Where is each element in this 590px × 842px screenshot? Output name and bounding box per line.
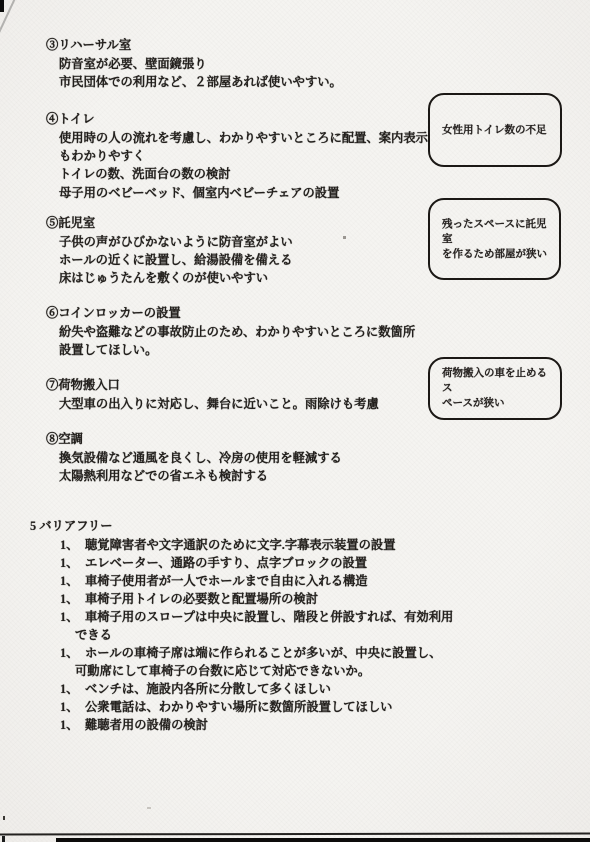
section-title: トイレ	[58, 112, 94, 126]
body-text-line: ホールの近くに設置し、給湯設備を備える	[59, 251, 466, 269]
list-item-text: 可動席にして車椅子の台数に応じて対応できないか。	[75, 662, 500, 680]
list-item-number: 1、	[60, 554, 78, 572]
section-number: ③	[46, 38, 58, 52]
body-text-line: 防音室が必要、壁面鏡張り	[59, 55, 466, 73]
list-item: 1、 難聴者用の設備の検討	[30, 716, 500, 734]
section-number: ⑧	[46, 432, 58, 446]
section-heading: ⑤託児室	[46, 214, 466, 233]
list-item-text: 車椅子用トイレの必要数と配置場所の検討	[85, 590, 500, 608]
section-title: 託児室	[58, 216, 95, 230]
list-item-number: 1、	[60, 608, 78, 626]
margin-note-nursery-space: 残ったスペースに託児室 を作るため部屋が狭い	[428, 198, 561, 280]
list-item: 1、 車椅子使用者が一人でホールまで自由に入れる構造	[30, 572, 500, 590]
section-number: ⑤	[46, 216, 58, 230]
section-title: 荷物搬入口	[58, 378, 120, 392]
list-item: 1、 公衆電話は、わかりやすい場所に数箇所設置してほしい	[30, 698, 500, 716]
list-item-number: 1、	[60, 716, 78, 734]
margin-note-toilet-shortage: 女性用トイレ数の不足	[428, 93, 562, 167]
margin-note-text: 女性用トイレ数の不足	[442, 123, 546, 138]
list-item-text: ホールの車椅子席は端に作られることが多いが、中央に設置し、	[85, 644, 500, 662]
scan-edge-bar	[56, 838, 590, 842]
section-heading: ⑦荷物搬入口	[46, 376, 466, 395]
section-heading: ③リハーサル室	[46, 36, 466, 55]
body-text-line: トイレの数、洗面台の数の検討	[59, 165, 466, 183]
list-item: 1、 車椅子用のスロープは中央に設置し、階段と併設すれば、有効利用 できる	[30, 608, 500, 644]
list-item: 1、 車椅子用トイレの必要数と配置場所の検討	[30, 590, 500, 608]
section-number: ⑥	[46, 306, 58, 320]
list-item: 1、 エレベーター、通路の手すり、点字ブロックの設置	[30, 554, 500, 572]
body-text-line: 設置してほしい。	[59, 341, 466, 359]
list-item: 1、 ベンチは、施設内各所に分散して多くほしい	[30, 680, 500, 698]
section-title: リハーサル室	[58, 38, 131, 52]
body-text-line: 換気設備など通風を良くし、冷房の使用を軽減する	[59, 449, 466, 467]
section-barrier-free: 5 バリアフリー 1、 聴覚障害者や文字通訳のために文字.字幕表示装置の設置 1…	[30, 516, 500, 734]
scan-artifact-speck	[147, 807, 151, 809]
list-item-number: 1、	[60, 536, 78, 554]
scan-artifact-corner	[0, 0, 4, 12]
margin-note-text: 荷物搬入の車を止めるス ペースが狭い	[442, 366, 552, 411]
list-item-text: 聴覚障害者や文字通訳のために文字.字幕表示装置の設置	[85, 536, 500, 554]
body-text-line: もわかりやすく	[59, 147, 466, 165]
list-item: 1、 ホールの車椅子席は端に作られることが多いが、中央に設置し、 可動席にして車…	[30, 644, 500, 680]
barrier-free-heading: 5 バリアフリー	[30, 516, 500, 536]
section-heading: ④トイレ	[46, 110, 466, 129]
margin-note-text: 残ったスペースに託児室 を作るため部屋が狭い	[442, 217, 551, 262]
list-item-number: 1、	[60, 572, 78, 590]
section-rehearsal-room: ③リハーサル室 防音室が必要、壁面鏡張り 市民団体での利用など、２部屋あれば使い…	[46, 36, 466, 91]
list-item-text: できる	[75, 626, 500, 644]
scan-artifact-tick	[2, 836, 5, 842]
section-coin-locker: ⑥コインロッカーの設置 紛失や盗難などの事故防止のため、わかりやすいところに数箇…	[46, 304, 466, 359]
list-item-text: 難聴者用の設備の検討	[85, 716, 500, 734]
section-loading-entrance: ⑦荷物搬入口 大型車の出入りに対応し、舞台に近いこと。雨除けも考慮	[46, 376, 466, 413]
body-text-line: 太陽熱利用などでの省エネも検討する	[59, 467, 466, 485]
list-item-text: ベンチは、施設内各所に分散して多くほしい	[85, 680, 500, 698]
list-item-number: 1、	[60, 644, 78, 662]
body-text-line: 紛失や盗難などの事故防止のため、わかりやすいところに数箇所	[59, 323, 466, 341]
body-text-line: 子供の声がひびかないように防音室がよい	[59, 233, 466, 251]
list-item-number: 1、	[60, 680, 78, 698]
section-heading: ⑥コインロッカーの設置	[46, 304, 466, 323]
section-toilet: ④トイレ 使用時の人の流れを考慮し、わかりやすいところに配置、案内表示 もわかり…	[46, 110, 466, 202]
section-nursery-room: ⑤託児室 子供の声がひびかないように防音室がよい ホールの近くに設置し、給湯設備…	[46, 214, 466, 288]
list-item-number: 1、	[60, 698, 78, 716]
section-title: コインロッカーの設置	[58, 306, 180, 320]
list-item: 1、 聴覚障害者や文字通訳のために文字.字幕表示装置の設置	[30, 536, 500, 554]
list-item-text: 車椅子使用者が一人でホールまで自由に入れる構造	[85, 572, 500, 590]
body-text-line: 大型車の出入りに対応し、舞台に近いこと。雨除けも考慮	[59, 395, 466, 413]
list-item-text: エレベーター、通路の手すり、点字ブロックの設置	[85, 554, 500, 572]
section-hvac: ⑧空調 換気設備など通風を良くし、冷房の使用を軽減する 太陽熱利用などでの省エネ…	[46, 430, 466, 485]
body-text-line: 市民団体での利用など、２部屋あれば使いやすい。	[59, 73, 466, 91]
body-text-line: 床はじゅうたんを敷くのが使いやすい	[59, 269, 466, 287]
list-item-number: 1、	[60, 590, 78, 608]
section-title: 空調	[58, 432, 83, 446]
scan-artifact-speck	[3, 816, 5, 820]
body-text-line: 使用時の人の流れを考慮し、わかりやすいところに配置、案内表示	[59, 129, 466, 147]
list-item-text: 公衆電話は、わかりやすい場所に数箇所設置してほしい	[85, 698, 500, 716]
section-number: ⑦	[46, 378, 58, 392]
margin-note-loading-space: 荷物搬入の車を止めるス ペースが狭い	[428, 357, 562, 420]
body-text-line: 母子用のベビーベッド、個室内ベビーチェアの設置	[59, 184, 466, 202]
section-number: ④	[46, 112, 58, 126]
list-item-text: 車椅子用のスロープは中央に設置し、階段と併設すれば、有効利用	[85, 608, 500, 626]
section-heading: ⑧空調	[46, 430, 466, 449]
